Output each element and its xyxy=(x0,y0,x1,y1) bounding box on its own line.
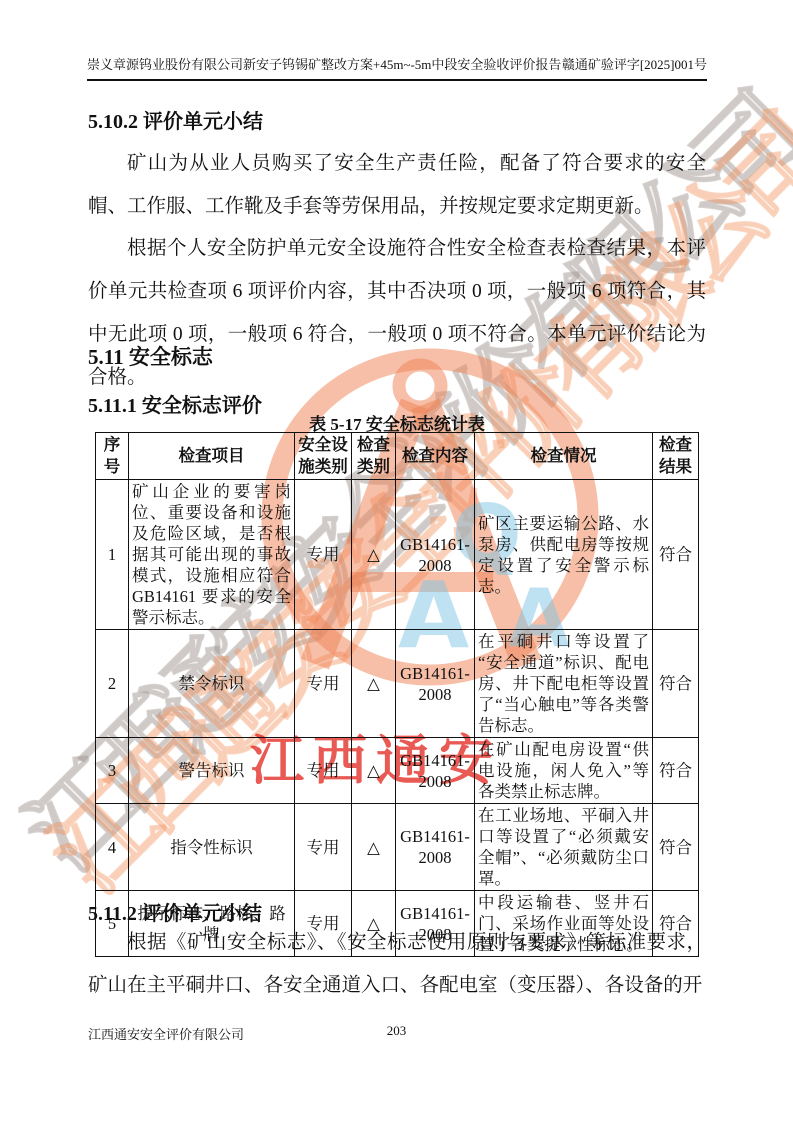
cell-content: GB14161-2008 xyxy=(396,630,475,738)
table-row: 1 矿山企业的要害岗位、重要设备和设施及危险区域，是否根据其可能出现的事故模式，… xyxy=(96,480,699,630)
cell-content: GB14161-2008 xyxy=(396,480,475,630)
col-header-check-type: 检查类别 xyxy=(352,433,396,480)
col-header-no: 序号 xyxy=(96,433,129,480)
footer-company-name: 江西通安安全评价有限公司 xyxy=(88,1024,244,1043)
cell-no: 1 xyxy=(96,480,129,630)
heading-5-10-2: 5.10.2 评价单元小结 xyxy=(88,105,263,134)
col-header-content: 检查内容 xyxy=(396,433,475,480)
cell-facility: 专用 xyxy=(295,480,352,630)
page-content: 崇义章源钨业股份有限公司新安子钨锡矿整改方案+45m~-5m中段安全验收评价报告… xyxy=(0,0,793,1122)
cell-check-type: △ xyxy=(352,480,396,630)
cell-situation: 在矿山配电房设置“供电设施，闲人免入”等各类禁止标志牌。 xyxy=(475,738,653,804)
document-page: 江西通安安全评价有限公司 江西通安安全评价有限公司 Q A A 江西通安 崇义章… xyxy=(0,0,793,1122)
cell-check-type: △ xyxy=(352,630,396,738)
running-header: 崇义章源钨业股份有限公司新安子钨锡矿整改方案+45m~-5m中段安全验收评价报告… xyxy=(87,57,707,81)
cell-result: 符合 xyxy=(653,738,699,804)
paragraph: 矿山为从业人员购买了安全生产责任险，配备了符合要求的安全帽、工作服、工作靴及手套… xyxy=(88,142,706,228)
paragraph: 根据《矿山安全标志》、《安全标志使用原则与要求》等标准要求，矿山在主平硐井口、各… xyxy=(88,921,706,1007)
cell-content: GB14161-2008 xyxy=(396,804,475,891)
cell-check-type: △ xyxy=(352,804,396,891)
paragraph: 根据个人安全防护单元安全设施符合性安全检查表检查结果，本评价单元共检查项 6 项… xyxy=(88,227,706,399)
cell-content: GB14161-2008 xyxy=(396,738,475,804)
table-header-row: 序号 检查项目 安全设施类别 检查类别 检查内容 检查情况 检查结果 xyxy=(96,433,699,480)
heading-5-11: 5.11 安全标志 xyxy=(88,341,213,371)
table-row: 3 警告标识 专用 △ GB14161-2008 在矿山配电房设置“供电设施，闲… xyxy=(96,738,699,804)
cell-item: 指令性标识 xyxy=(129,804,295,891)
safety-sign-statistics-table: 序号 检查项目 安全设施类别 检查类别 检查内容 检查情况 检查结果 1 矿山企… xyxy=(95,432,699,957)
cell-item: 警告标识 xyxy=(129,738,295,804)
cell-situation: 在工业场地、平硐入井口等设置了“必须戴安全帽”、“必须戴防尘口罩。 xyxy=(475,804,653,891)
cell-result: 符合 xyxy=(653,804,699,891)
cell-facility: 专用 xyxy=(295,804,352,891)
report-title: 崇义章源钨业股份有限公司新安子钨锡矿整改方案+45m~-5m中段安全验收评价报告 xyxy=(87,57,561,73)
col-header-situation: 检查情况 xyxy=(475,433,653,480)
cell-no: 4 xyxy=(96,804,129,891)
cell-facility: 专用 xyxy=(295,738,352,804)
table-row: 2 禁令标识 专用 △ GB14161-2008 在平硐井口等设置了“安全通道”… xyxy=(96,630,699,738)
col-header-item: 检查项目 xyxy=(129,433,295,480)
cell-result: 符合 xyxy=(653,630,699,738)
table-row: 4 指令性标识 专用 △ GB14161-2008 在工业场地、平硐入井口等设置… xyxy=(96,804,699,891)
cell-no: 2 xyxy=(96,630,129,738)
cell-facility: 专用 xyxy=(295,630,352,738)
col-header-facility: 安全设施类别 xyxy=(295,433,352,480)
cell-situation: 矿区主要运输公路、水泵房、供配电房等按规定设置了安全警示标志。 xyxy=(475,480,653,630)
cell-result: 符合 xyxy=(653,480,699,630)
cell-check-type: △ xyxy=(352,738,396,804)
cell-no: 3 xyxy=(96,738,129,804)
col-header-result: 检查结果 xyxy=(653,433,699,480)
cell-situation: 在平硐井口等设置了“安全通道”标识、配电房、井下配电柜等设置了“当心触电”等各类… xyxy=(475,630,653,738)
document-number: 赣通矿验评字[2025]001号 xyxy=(562,57,707,73)
cell-item: 矿山企业的要害岗位、重要设备和设施及危险区域，是否根据其可能出现的事故模式，设施… xyxy=(129,480,295,630)
cell-item: 禁令标识 xyxy=(129,630,295,738)
